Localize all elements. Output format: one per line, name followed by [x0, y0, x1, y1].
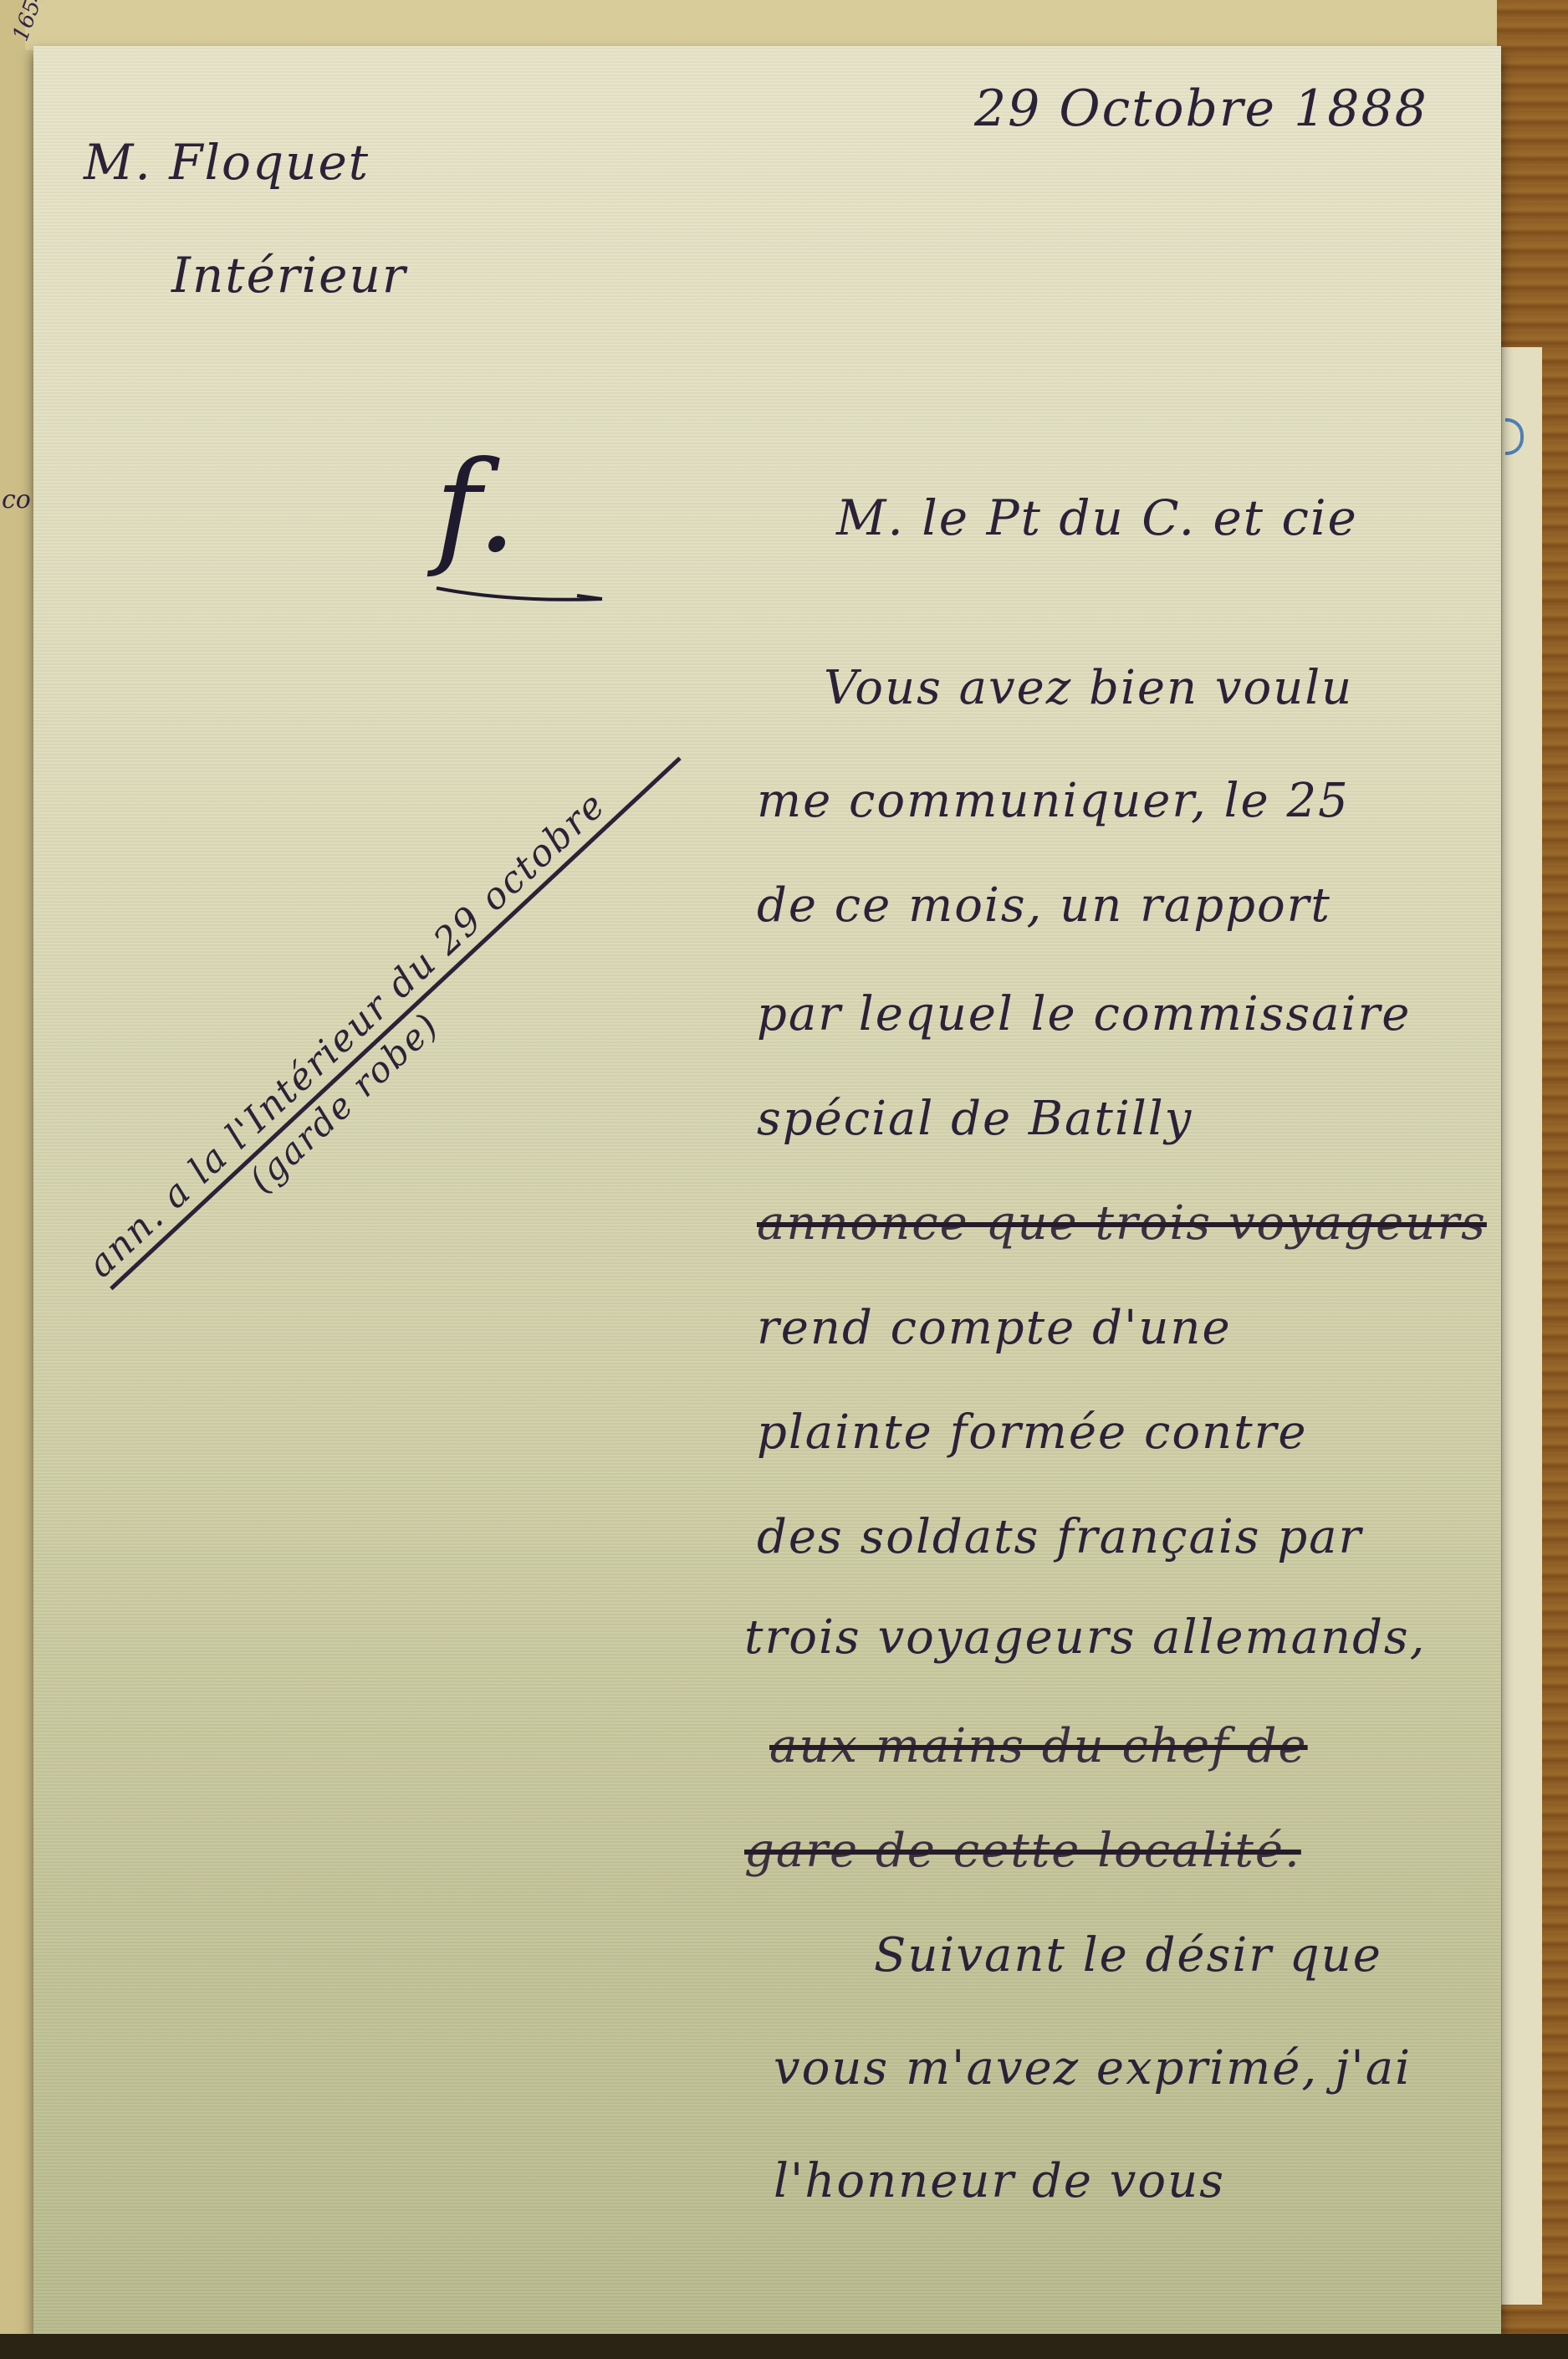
file-mark-f: f. [435, 435, 517, 581]
salutation: M. le Pt du C. et cie [836, 489, 1358, 546]
body-line-12-struck: gare de cette localité. [744, 1824, 1301, 1878]
body-line-7: rend compte d'une [757, 1301, 1232, 1355]
body-line-13: Suivant le désir que [874, 1928, 1382, 1983]
letter-date: 29 Octobre 1888 [974, 79, 1428, 138]
page-bottom-shadow [0, 2334, 1568, 2359]
recipient-ministry: Intérieur [171, 247, 407, 304]
body-line-1: Vous avez bien voulu [824, 661, 1353, 715]
underlying-page-strip [1501, 347, 1542, 2305]
body-line-10: trois voyageurs allemands, [744, 1610, 1426, 1665]
body-line-11-struck: aux mains du chef de [769, 1719, 1308, 1773]
arrow-underline-icon [435, 586, 606, 604]
folder-side-mark: co [2, 485, 31, 514]
body-line-4: par lequel le commissaire [757, 987, 1411, 1041]
underlying-sheet [25, 0, 1497, 50]
body-line-9: des soldats français par [757, 1510, 1362, 1564]
body-line-6-struck: annonce que trois voyageurs [757, 1196, 1487, 1251]
recipient-name: M. Floquet [84, 134, 370, 191]
body-line-2: me communiquer, le 25 [757, 774, 1350, 828]
body-line-5: spécial de Batilly [757, 1092, 1193, 1146]
body-line-14: vous m'avez exprimé, j'ai [774, 2041, 1412, 2095]
blue-pencil-mark-icon [1505, 418, 1524, 455]
body-line-3: de ce mois, un rapport [757, 878, 1331, 933]
body-line-15: l'honneur de vous [774, 2154, 1225, 2208]
body-line-8: plainte formée contre [757, 1405, 1308, 1460]
